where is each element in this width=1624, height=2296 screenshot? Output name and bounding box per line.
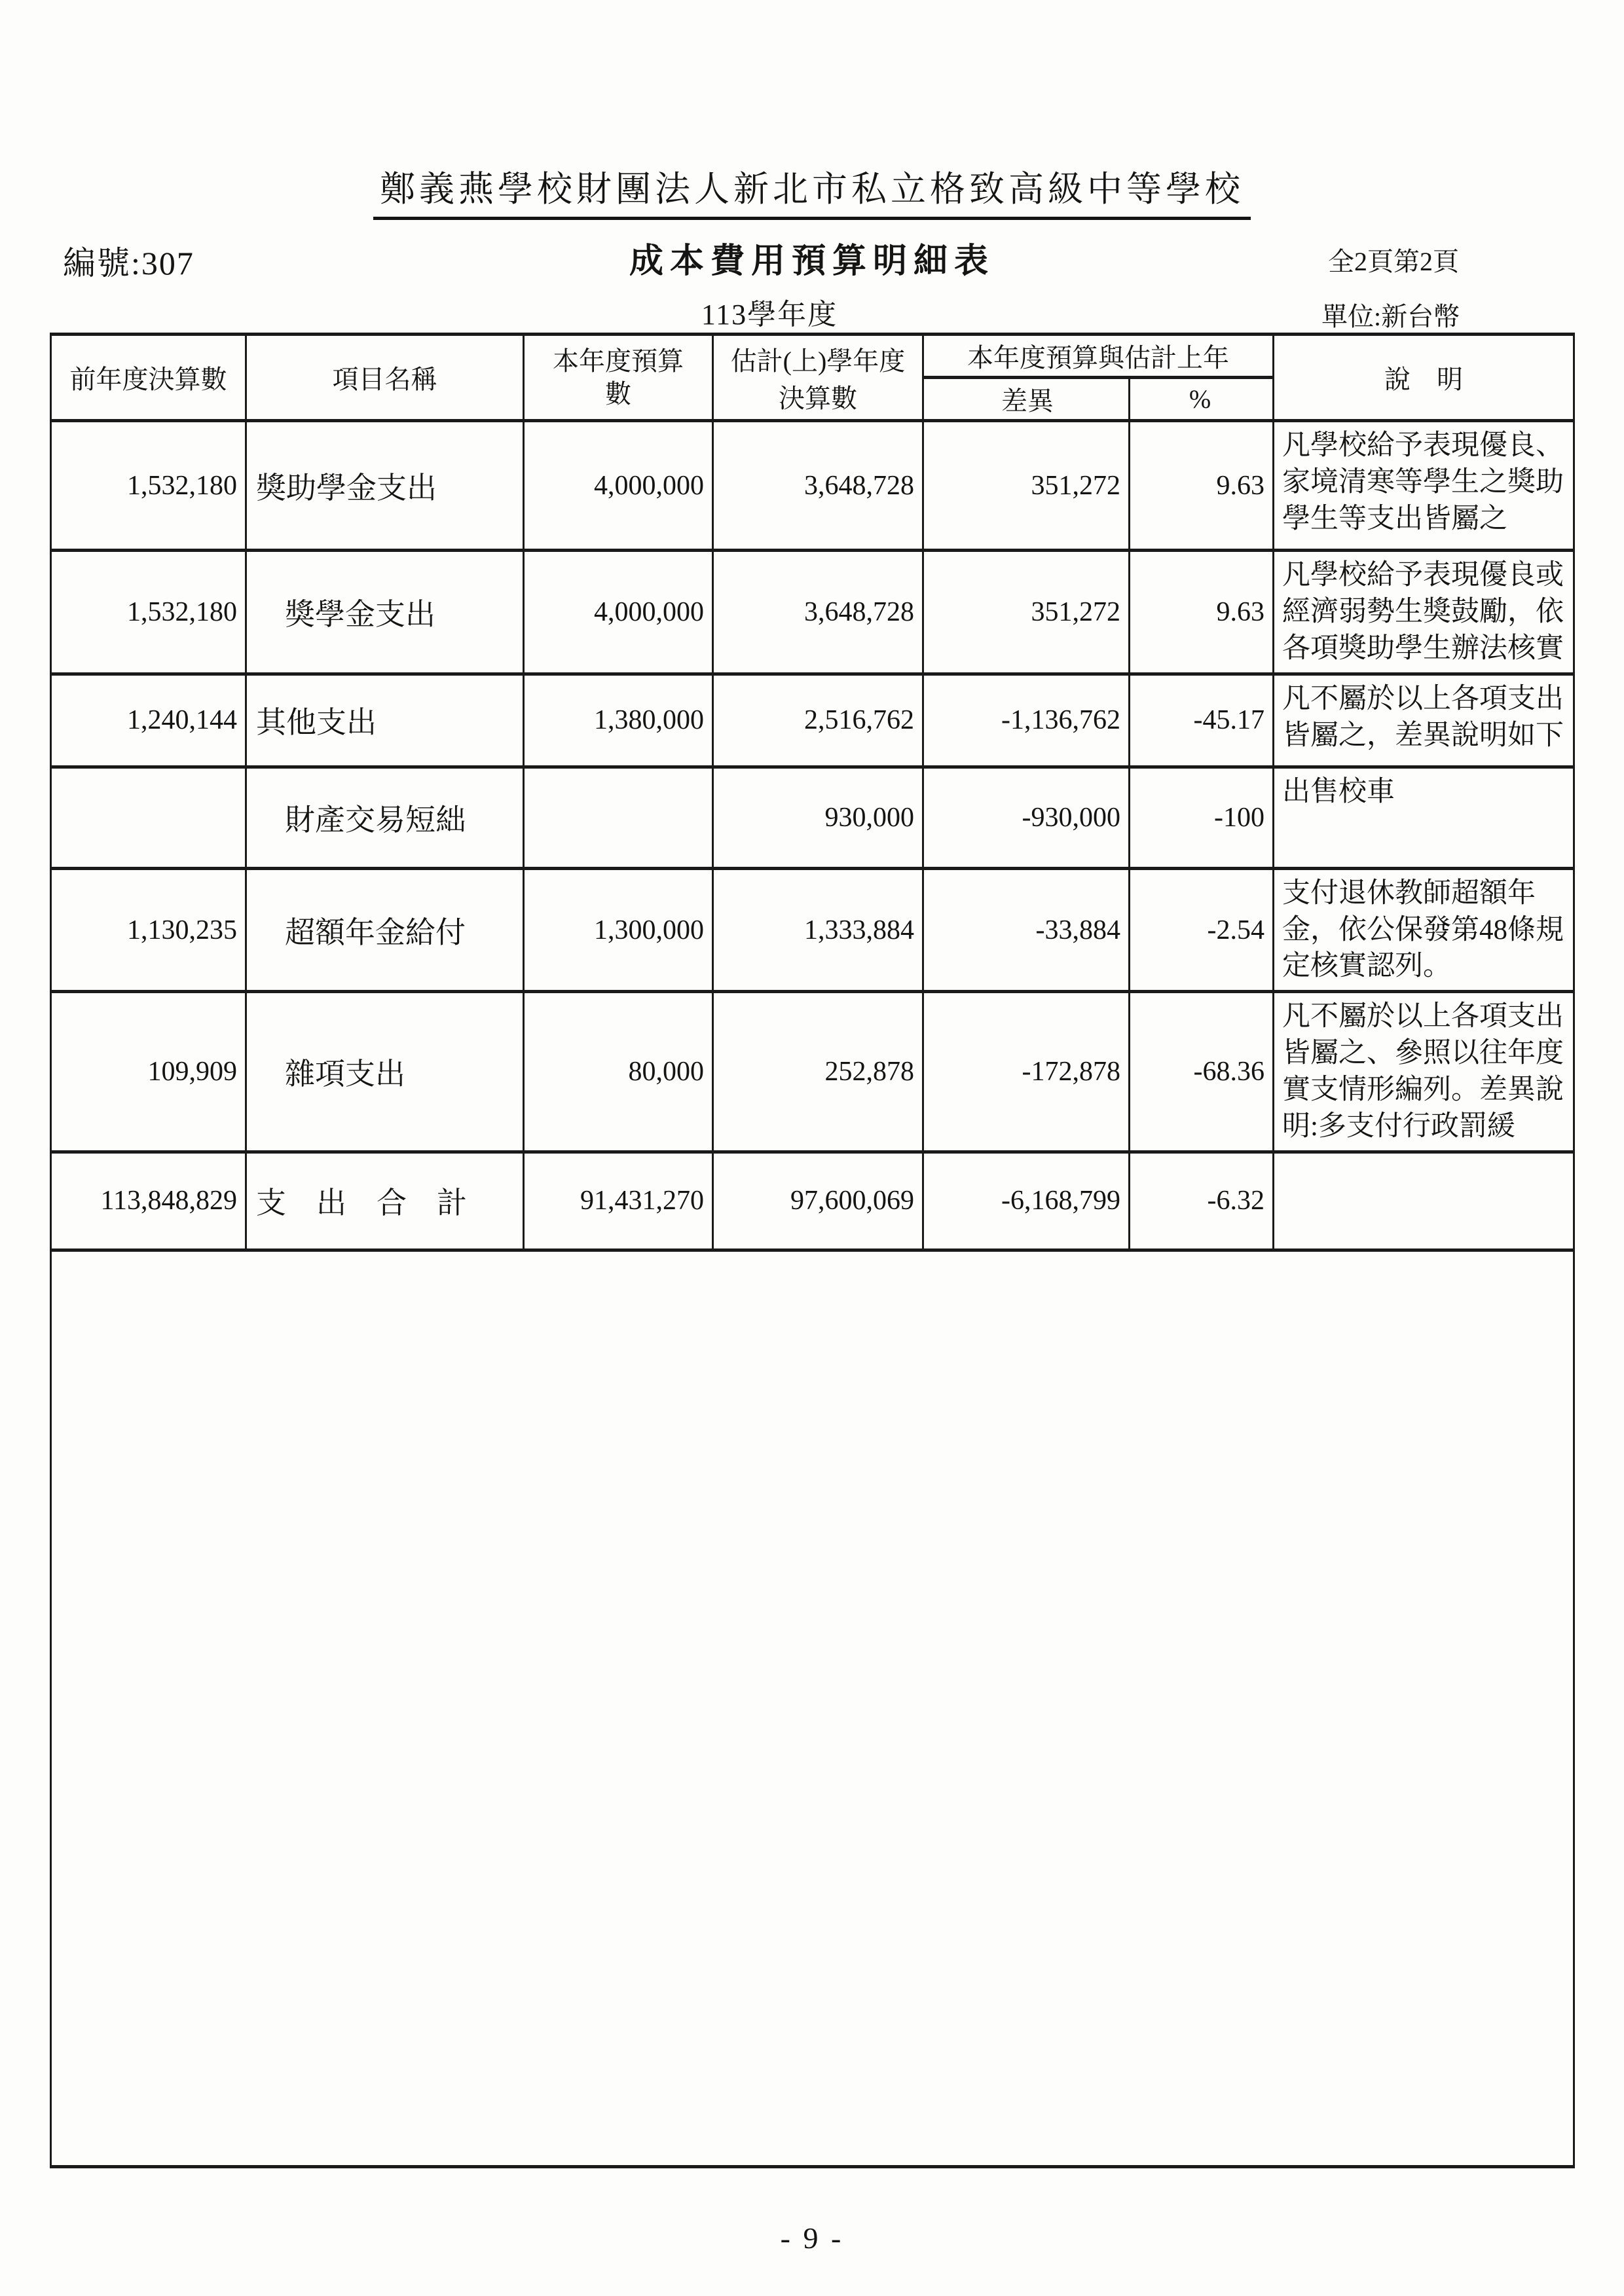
pct-cell: 9.63 bbox=[1130, 421, 1274, 551]
diff-cell: 351,272 bbox=[923, 421, 1130, 551]
prev-year-cell: 113,848,829 bbox=[51, 1152, 246, 1250]
estimate-cell: 2,516,762 bbox=[713, 674, 923, 767]
scanned-page: 鄭義燕學校財團法人新北市私立格致高級中等學校 編號:307 成本費用預算明細表 … bbox=[0, 0, 1624, 2296]
note-cell: 出售校車 bbox=[1274, 767, 1574, 868]
budget-cell bbox=[524, 767, 713, 868]
budget-table: 前年度決算數 項目名稱 本年度預算數 估計(上)學年度決算數 本年度預算與估計上… bbox=[50, 333, 1575, 2168]
note-cell: 支付退休教師超額年金，依公保發第48條規定核實認列。 bbox=[1274, 868, 1574, 992]
note-cell: 凡學校給予表現優良或經濟弱勢生獎鼓勵，依各項獎助學生辦法核實 bbox=[1274, 551, 1574, 674]
prev-year-cell: 1,532,180 bbox=[51, 421, 246, 551]
table-body: 1,532,180獎助學金支出4,000,0003,648,728351,272… bbox=[51, 421, 1574, 1250]
header-item: 項目名稱 bbox=[246, 335, 524, 421]
page-info: 全2頁第2頁 bbox=[1328, 241, 1459, 278]
budget-cell: 91,431,270 bbox=[524, 1152, 713, 1250]
pct-cell: 9.63 bbox=[1130, 551, 1274, 674]
prev-year-cell: 1,532,180 bbox=[51, 551, 246, 674]
school-name: 鄭義燕學校財團法人新北市私立格致高級中等學校 bbox=[373, 161, 1251, 220]
header-note: 說 明 bbox=[1274, 335, 1574, 421]
estimate-cell: 3,648,728 bbox=[713, 551, 923, 674]
estimate-cell: 252,878 bbox=[713, 992, 923, 1152]
item-cell: 其他支出 bbox=[246, 674, 524, 767]
note-cell: 凡學校給予表現優良、家境清寒等學生之獎助學生等支出皆屬之 bbox=[1274, 421, 1574, 551]
header-prev-year: 前年度決算數 bbox=[51, 335, 246, 421]
note-cell: 凡不屬於以上各項支出皆屬之，差異說明如下 bbox=[1274, 674, 1574, 767]
header-diff-group: 本年度預算與估計上年 bbox=[923, 335, 1274, 378]
table-row: 1,130,235超額年金給付1,300,0001,333,884-33,884… bbox=[51, 868, 1574, 992]
estimate-cell: 1,333,884 bbox=[713, 868, 923, 992]
diff-cell: -33,884 bbox=[923, 868, 1130, 992]
header-budget-text: 本年度預算數 bbox=[546, 345, 690, 410]
prev-year-cell: 1,240,144 bbox=[51, 674, 246, 767]
diff-cell: -172,878 bbox=[923, 992, 1130, 1152]
item-cell: 財產交易短絀 bbox=[246, 767, 524, 868]
pct-cell: -68.36 bbox=[1130, 992, 1274, 1152]
total-row: 113,848,829支 出 合 計91,431,27097,600,069-6… bbox=[51, 1152, 1574, 1250]
empty-area-cell bbox=[51, 1250, 1574, 2166]
prev-year-cell: 109,909 bbox=[51, 992, 246, 1152]
table-filler bbox=[51, 1250, 1574, 2166]
table-row: 財產交易短絀930,000-930,000-100出售校車 bbox=[51, 767, 1574, 868]
table-row: 1,240,144其他支出1,380,0002,516,762-1,136,76… bbox=[51, 674, 1574, 767]
estimate-cell: 97,600,069 bbox=[713, 1152, 923, 1250]
table-row: 109,909雜項支出80,000252,878-172,878-68.36凡不… bbox=[51, 992, 1574, 1152]
empty-area-row bbox=[51, 1250, 1574, 2166]
item-cell: 獎助學金支出 bbox=[246, 421, 524, 551]
item-cell: 獎學金支出 bbox=[246, 551, 524, 674]
academic-year-row: 113學年度 bbox=[0, 291, 1539, 333]
header-budget: 本年度預算數 bbox=[524, 335, 713, 421]
note-cell: 凡不屬於以上各項支出皆屬之、參照以往年度實支情形編列。差異說明:多支付行政罰緩 bbox=[1274, 992, 1574, 1152]
diff-cell: -6,168,799 bbox=[923, 1152, 1130, 1250]
table-row: 1,532,180獎助學金支出4,000,0003,648,728351,272… bbox=[51, 421, 1574, 551]
header-pct: % bbox=[1130, 378, 1274, 421]
diff-cell: -930,000 bbox=[923, 767, 1130, 868]
header-diff: 差異 bbox=[923, 378, 1130, 421]
doc-title: 成本費用預算明細表 bbox=[629, 233, 995, 282]
header-estimate: 估計(上)學年度決算數 bbox=[713, 335, 923, 421]
note-cell bbox=[1274, 1152, 1574, 1250]
diff-cell: -1,136,762 bbox=[923, 674, 1130, 767]
prev-year-cell: 1,130,235 bbox=[51, 868, 246, 992]
table-row: 1,532,180獎學金支出4,000,0003,648,728351,2729… bbox=[51, 551, 1574, 674]
item-cell: 雜項支出 bbox=[246, 992, 524, 1152]
budget-cell: 4,000,000 bbox=[524, 551, 713, 674]
pct-cell: -100 bbox=[1130, 767, 1274, 868]
budget-cell: 4,000,000 bbox=[524, 421, 713, 551]
budget-cell: 1,300,000 bbox=[524, 868, 713, 992]
pct-cell: -45.17 bbox=[1130, 674, 1274, 767]
budget-cell: 1,380,000 bbox=[524, 674, 713, 767]
unit-label: 單位:新台幣 bbox=[1321, 296, 1460, 333]
budget-cell: 80,000 bbox=[524, 992, 713, 1152]
page-number: - 9 - bbox=[0, 2221, 1624, 2255]
item-cell: 支 出 合 計 bbox=[246, 1152, 524, 1250]
pct-cell: -2.54 bbox=[1130, 868, 1274, 992]
academic-year: 113學年度 bbox=[701, 291, 838, 333]
item-cell: 超額年金給付 bbox=[246, 868, 524, 992]
estimate-cell: 3,648,728 bbox=[713, 421, 923, 551]
prev-year-cell bbox=[51, 767, 246, 868]
table-header: 前年度決算數 項目名稱 本年度預算數 估計(上)學年度決算數 本年度預算與估計上… bbox=[51, 335, 1574, 421]
pct-cell: -6.32 bbox=[1130, 1152, 1274, 1250]
school-name-row: 鄭義燕學校財團法人新北市私立格致高級中等學校 bbox=[0, 161, 1624, 220]
diff-cell: 351,272 bbox=[923, 551, 1130, 674]
estimate-cell: 930,000 bbox=[713, 767, 923, 868]
